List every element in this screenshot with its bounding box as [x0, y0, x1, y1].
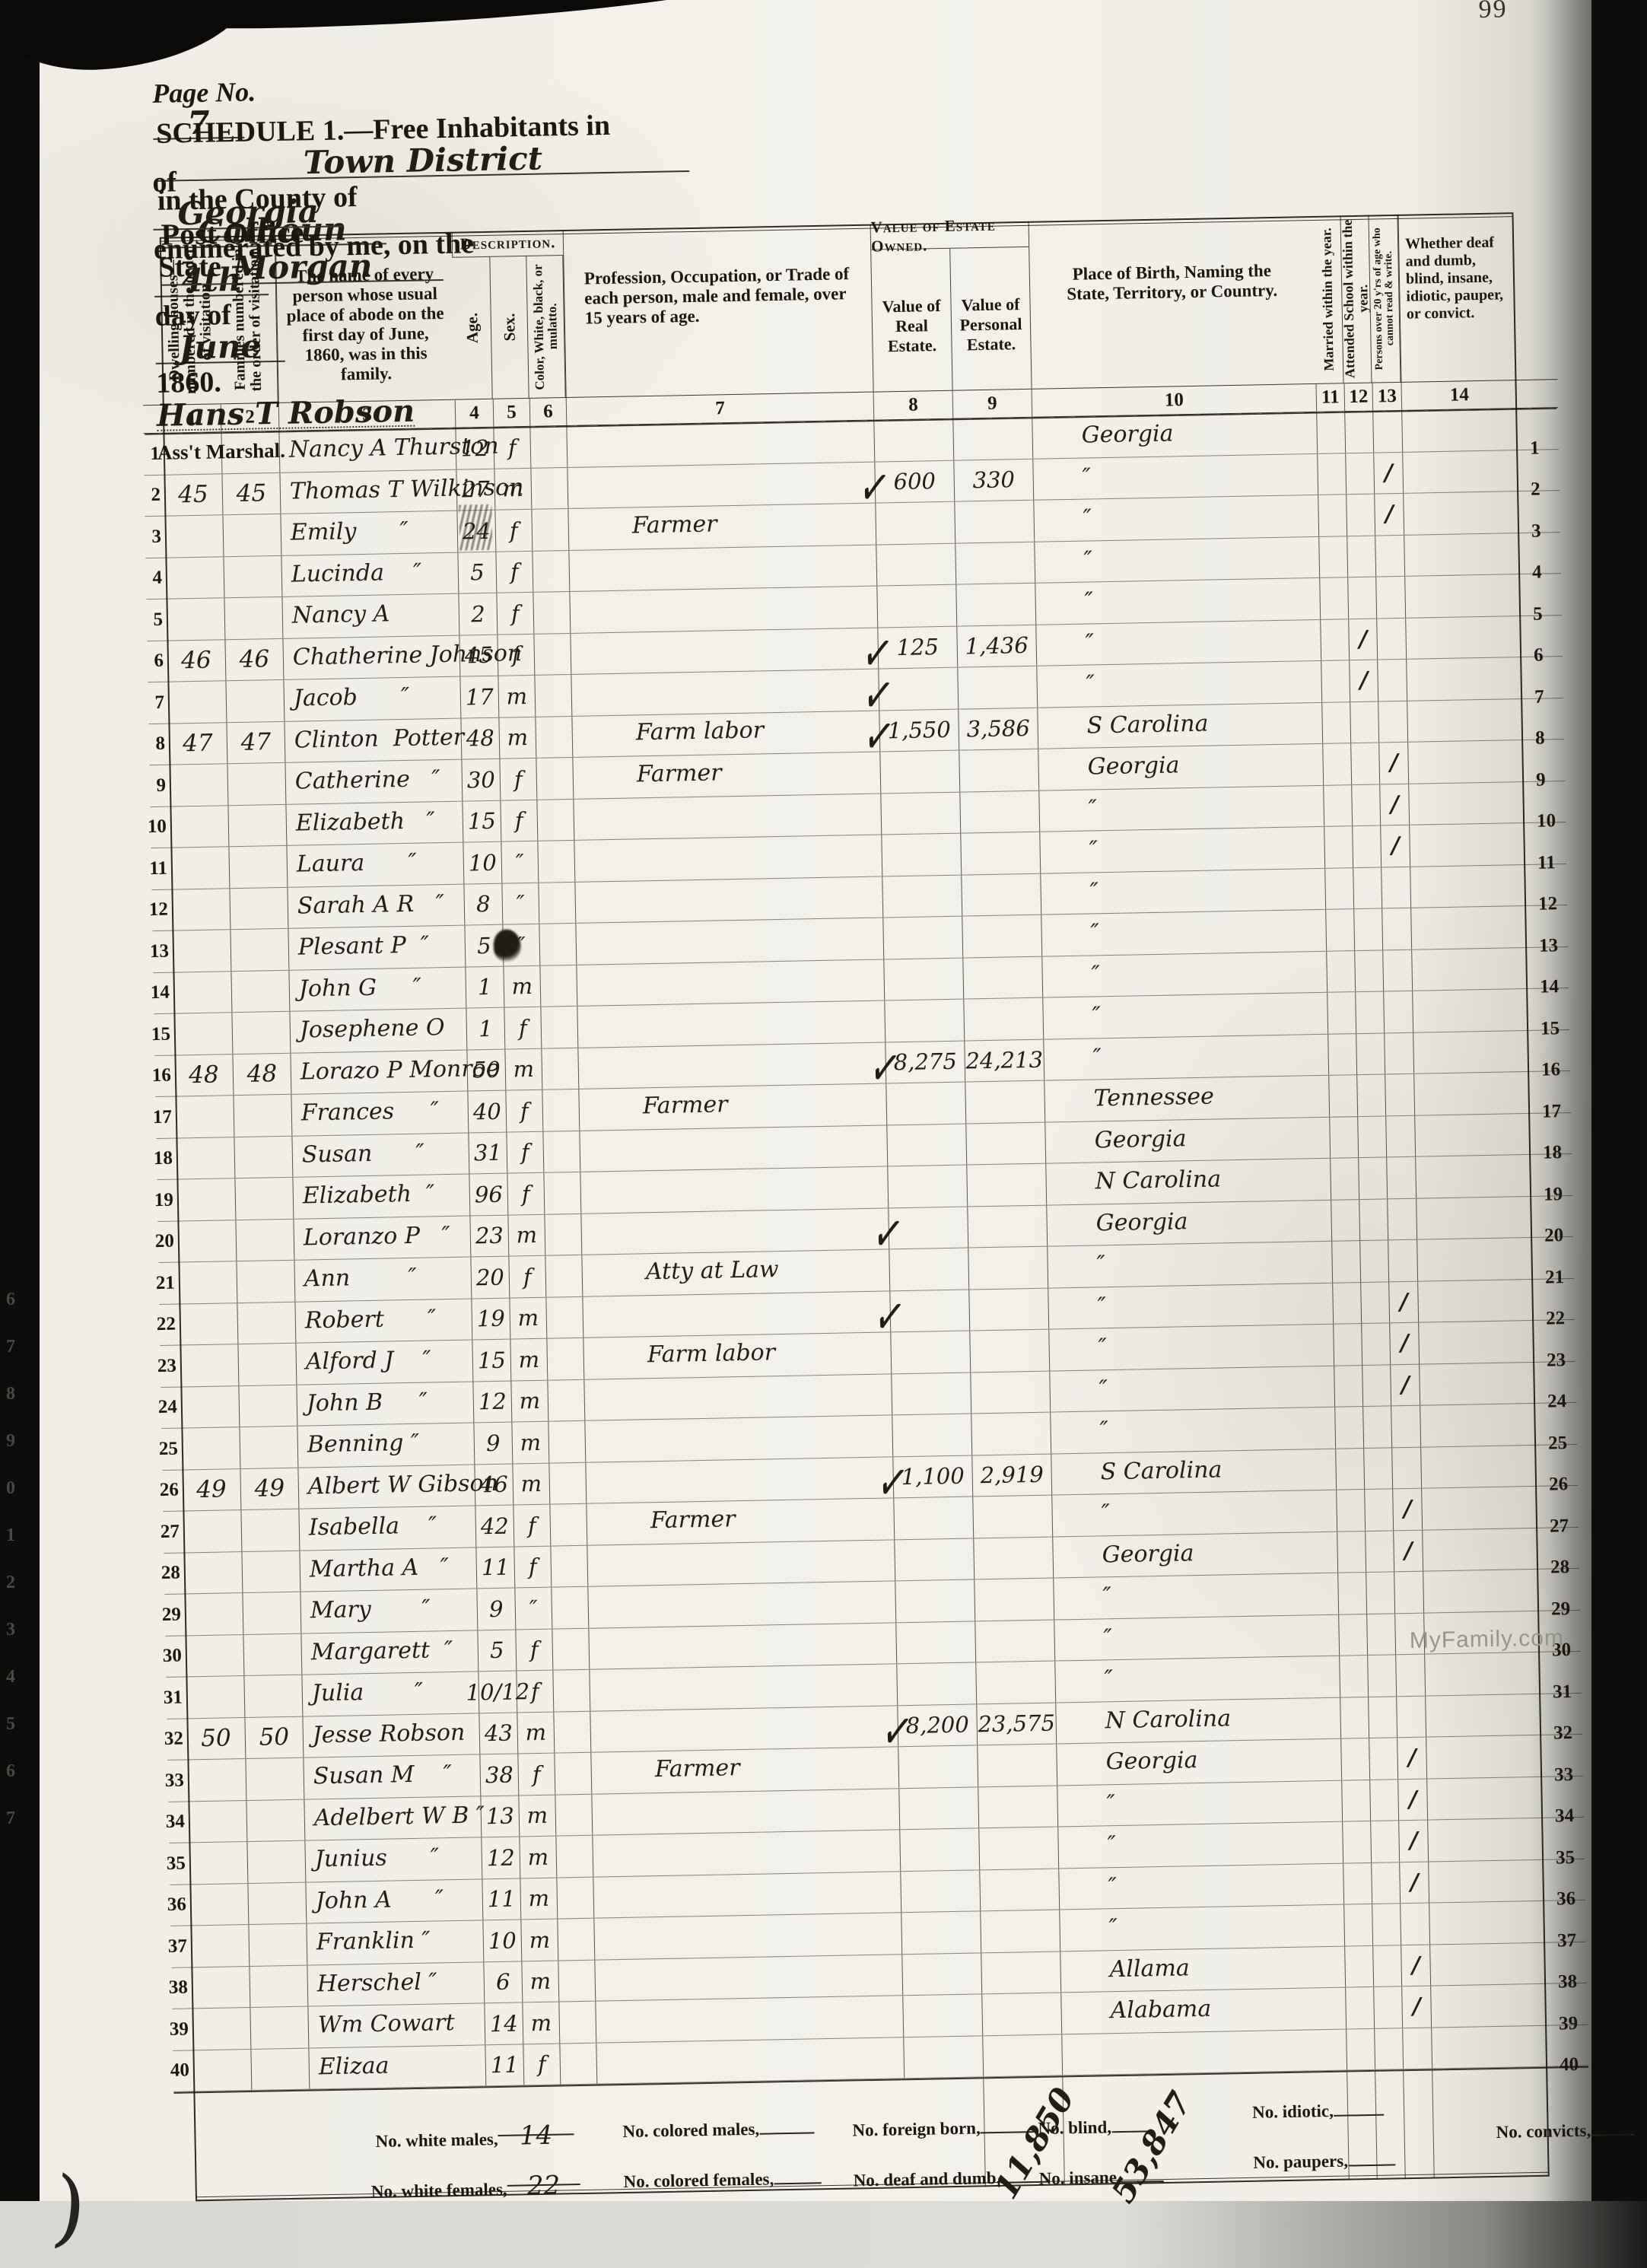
- cell-school-tick: [1365, 1531, 1394, 1572]
- cell-married: [1324, 826, 1353, 867]
- cell-school-tick: [1360, 1282, 1389, 1323]
- cell-color: [543, 1172, 580, 1214]
- row-number-left: 21: [158, 1263, 179, 1304]
- cell-birthplace: Georgia: [1044, 1117, 1330, 1163]
- cell-dwelling: [169, 764, 227, 806]
- cell-color: [539, 924, 576, 965]
- cell-sex: f: [513, 1546, 551, 1587]
- cell-occupation: [589, 1664, 897, 1710]
- cell-dwelling: [167, 681, 226, 723]
- cell-real-estate: [875, 502, 955, 544]
- cell-dwelling: [165, 557, 224, 599]
- row-number-left: 30: [165, 1636, 186, 1677]
- cell-age: 11: [482, 1878, 520, 1920]
- ghost-digit: 7: [6, 1337, 15, 1357]
- cell-remarks: [1429, 1901, 1545, 1944]
- cell-family: [246, 1799, 304, 1841]
- cell-birthplace: ″: [1058, 1863, 1343, 1909]
- group-description: Description.: [452, 230, 564, 258]
- cell-color: [531, 509, 568, 550]
- row-number-left: 23: [160, 1346, 180, 1387]
- cell-real-estate: [889, 1249, 968, 1290]
- cell-occupation: ✓: [570, 628, 878, 674]
- cell-family: [229, 887, 288, 929]
- cell-married: [1334, 1407, 1363, 1448]
- cell-birthplace: ″: [1059, 1905, 1344, 1951]
- cell-married: [1332, 1283, 1361, 1324]
- column-number: 12: [1344, 383, 1373, 412]
- cell-personal-estate: [967, 1205, 1047, 1247]
- row-number-right: 24: [1535, 1381, 1577, 1422]
- cell-real-estate: [886, 1124, 966, 1166]
- cell-birthplace: ″: [1049, 1366, 1334, 1411]
- cell-age: 38: [479, 1754, 518, 1795]
- row-number-right: 32: [1541, 1713, 1583, 1754]
- cell-dwelling: [188, 1801, 246, 1843]
- cell-real-estate: [879, 751, 959, 793]
- cell-sex: f: [495, 551, 533, 592]
- cell-occupation: [579, 1125, 887, 1172]
- cell-name: Isabella ″: [298, 1506, 475, 1550]
- cell-name: Elizabeth ″: [292, 1175, 469, 1219]
- cell-family: 46: [224, 638, 283, 680]
- row-number-left: 27: [163, 1511, 183, 1552]
- row-number-left: 19: [157, 1180, 177, 1221]
- cell-cant-read-tick: [1377, 660, 1407, 701]
- cell-remarks: [1404, 533, 1520, 576]
- cell-cant-read-tick: /: [1373, 452, 1403, 493]
- cell-name: Alford J ″: [295, 1340, 472, 1384]
- cell-real-estate: [891, 1373, 971, 1414]
- cell-sex: m: [510, 1339, 547, 1380]
- cell-birthplace: S Carolina: [1051, 1449, 1336, 1494]
- cell-family: [227, 804, 286, 846]
- cell-family: [231, 1012, 290, 1054]
- cell-dwelling: [192, 2049, 251, 2091]
- column-number: 4: [455, 399, 494, 428]
- row-number-right: 1: [1518, 428, 1560, 469]
- cell-married: [1318, 536, 1347, 577]
- cell-color: [555, 1794, 592, 1835]
- cell-school-tick: [1357, 1116, 1386, 1157]
- cell-dwelling: [185, 1635, 243, 1677]
- row-number-left: 40: [173, 2050, 193, 2091]
- cell-school-tick: [1362, 1406, 1391, 1447]
- cell-color: [542, 1089, 579, 1131]
- cell-dwelling: 50: [186, 1718, 245, 1760]
- cell-cant-read-tick: [1400, 1904, 1429, 1945]
- cell-cant-read-tick: /: [1397, 1738, 1426, 1779]
- cell-personal-estate: [982, 2034, 1062, 2076]
- cell-birthplace: Georgia: [1038, 744, 1323, 790]
- cell-birthplace: S Carolina: [1037, 702, 1322, 748]
- cell-birthplace: ″: [1033, 495, 1318, 541]
- cell-sex: m: [520, 1920, 558, 1961]
- cell-family: [250, 2048, 309, 2090]
- row-number-right: 12: [1526, 884, 1568, 925]
- cell-birthplace: ″: [1053, 1573, 1338, 1619]
- watermark: MyFamily.com: [1410, 1625, 1565, 1654]
- row-number-right: 6: [1521, 635, 1563, 676]
- cell-family: [221, 431, 279, 473]
- cell-remarks: [1431, 2025, 1547, 2068]
- cell-married: [1338, 1614, 1367, 1655]
- cell-sex: m: [498, 676, 535, 717]
- cell-married: [1316, 412, 1345, 453]
- cell-personal-estate: [980, 1910, 1060, 1951]
- cell-occupation: [580, 1166, 888, 1213]
- cell-dwelling: [184, 1593, 243, 1635]
- cell-age: 31: [468, 1132, 507, 1173]
- cell-family: [225, 680, 284, 722]
- cell-occupation: [574, 835, 882, 882]
- col-header-color: Color, White, black, or mulatto.: [526, 256, 565, 398]
- cell-remarks: [1410, 906, 1527, 949]
- cell-sex: f: [516, 1671, 553, 1712]
- cell-school-tick: [1373, 1986, 1402, 2028]
- row-number-right: 29: [1539, 1589, 1581, 1630]
- row-number-right: 9: [1524, 759, 1566, 800]
- cell-color: [550, 1545, 587, 1586]
- cell-sex: m: [510, 1380, 548, 1421]
- col-header-occupation: Profession, Occupation, or Trade of each…: [563, 224, 873, 397]
- cell-family: 45: [221, 472, 280, 514]
- cell-remarks: [1417, 1279, 1534, 1322]
- cell-occupation: Farmer✓: [585, 1457, 893, 1503]
- cell-occupation: [581, 1249, 889, 1296]
- stamped-page-number: 99: [1478, 0, 1508, 24]
- cell-school-tick: [1372, 1904, 1401, 1945]
- cell-cant-read-tick: [1375, 535, 1404, 576]
- cell-dwelling: [163, 432, 221, 474]
- cell-age: 30: [461, 759, 500, 800]
- cell-cant-read-tick: [1381, 867, 1410, 908]
- row-number-right: 8: [1523, 718, 1565, 759]
- cell-dwelling: [191, 1966, 250, 2008]
- cell-name: Susan ″: [291, 1133, 469, 1177]
- cell-cant-read-tick: [1385, 1115, 1415, 1156]
- row-number-left: 26: [162, 1470, 183, 1511]
- cell-color: [551, 1587, 588, 1628]
- cell-married: [1337, 1573, 1366, 1614]
- cell-real-estate: [882, 875, 962, 917]
- cell-cant-read-tick: /: [1389, 1323, 1419, 1364]
- table-header: Description. Value of Estate Owned. Dwel…: [140, 212, 1558, 406]
- cell-personal-estate: [978, 1786, 1057, 1827]
- cell-family: [231, 970, 289, 1012]
- cell-school-tick: [1351, 784, 1380, 825]
- cell-dwelling: [183, 1552, 242, 1594]
- row-number-right: 11: [1525, 842, 1567, 883]
- cell-cant-read-tick: [1382, 950, 1412, 991]
- row-number-right: 39: [1547, 2003, 1588, 2044]
- row-number-right: 37: [1545, 1920, 1587, 1961]
- cell-age: 13: [480, 1796, 519, 1837]
- cell-occupation: [595, 1996, 903, 2042]
- cell-color: [549, 1504, 587, 1545]
- cell-family: 50: [244, 1716, 303, 1758]
- cell-cant-read-tick: /: [1388, 1281, 1418, 1322]
- cell-cant-read-tick: /: [1379, 784, 1409, 825]
- cell-age: 12: [472, 1381, 511, 1422]
- row-number-right: 16: [1529, 1049, 1571, 1090]
- cell-real-estate: [882, 917, 962, 959]
- cell-personal-estate: [977, 1745, 1057, 1786]
- census-table: Description. Value of Estate Owned. Dwel…: [140, 212, 1591, 2202]
- cell-family: 49: [240, 1468, 298, 1509]
- cell-family: [222, 514, 281, 556]
- cell-personal-estate: [966, 1164, 1046, 1206]
- ghost-digit: 6: [6, 1290, 15, 1310]
- row-number-left: 29: [164, 1594, 185, 1635]
- cell-birthplace: ″: [1040, 868, 1325, 914]
- cell-cant-read-tick: /: [1397, 1779, 1427, 1820]
- cell-sex: m: [503, 965, 540, 1007]
- cell-occupation: Farmer✓: [571, 711, 879, 757]
- cell-personal-estate: [972, 1496, 1052, 1538]
- cell-age: 50: [466, 1049, 505, 1090]
- cell-color: [556, 1877, 593, 1918]
- column-number: 9: [952, 390, 1032, 418]
- cell-cant-read-tick: [1372, 411, 1402, 452]
- cell-name: Nancy A: [281, 594, 459, 638]
- cell-family: [237, 1302, 295, 1344]
- cell-occupation: [586, 1498, 894, 1544]
- cell-name: Albert W Gibson: [297, 1465, 475, 1509]
- cell-age: 12: [481, 1837, 520, 1878]
- row-number-right: 20: [1532, 1215, 1574, 1256]
- cell-family: [243, 1633, 301, 1675]
- cell-sex: f: [493, 427, 530, 468]
- cell-real-estate: [876, 585, 956, 627]
- cell-birthplace: ″: [1036, 661, 1321, 707]
- cell-real-estate: [895, 1621, 975, 1663]
- col-header-dwelling: Dwelling-houses— numbered in the order o…: [160, 236, 221, 404]
- column-number: 13: [1372, 383, 1402, 411]
- cell-remarks: [1402, 450, 1518, 493]
- cell-dwelling: [180, 1344, 238, 1386]
- cell-personal-estate: [981, 1993, 1061, 2034]
- cell-name: Mary ″: [300, 1589, 477, 1633]
- cell-married: [1326, 951, 1355, 992]
- cell-name: Robert ″: [294, 1299, 472, 1343]
- cell-age: 10/12: [478, 1671, 517, 1712]
- cell-color: [554, 1753, 591, 1794]
- cell-married: [1331, 1200, 1359, 1241]
- cell-age: 96: [469, 1174, 507, 1215]
- cell-sex: f: [496, 593, 533, 634]
- ghost-digit: 1: [6, 1525, 15, 1546]
- cell-personal-estate: 3,586: [958, 708, 1038, 749]
- cell-married: [1345, 1987, 1374, 2028]
- cell-name: Nancy A Thurston: [278, 428, 456, 472]
- row-number-left: 6: [147, 641, 167, 682]
- cell-family: 48: [232, 1053, 291, 1095]
- cell-age: 43: [479, 1713, 517, 1754]
- column-number: 7: [566, 393, 874, 425]
- cell-name: Adelbert W B ″: [304, 1796, 481, 1840]
- cell-remarks: [1404, 574, 1521, 617]
- cell-name: Lucinda ″: [281, 552, 458, 596]
- cell-family: [240, 1509, 299, 1551]
- cell-age: 11: [485, 2044, 523, 2085]
- ghost-digit: 8: [6, 1384, 15, 1404]
- cell-personal-estate: 330: [953, 459, 1033, 501]
- col-header-birthplace: Place of Birth, Naming the State, Territ…: [1029, 216, 1316, 389]
- cell-personal-estate: [955, 584, 1035, 625]
- cell-remarks: [1426, 1735, 1542, 1778]
- cell-sex: m: [509, 1297, 546, 1338]
- row-number-left: 8: [148, 724, 169, 765]
- cell-personal-estate: [961, 873, 1041, 915]
- row-number-right: 34: [1543, 1796, 1585, 1837]
- col-header-family: Families numbered in the order of visita…: [218, 235, 278, 403]
- cell-married: [1340, 1738, 1369, 1780]
- cell-remarks: [1408, 782, 1525, 825]
- cell-personal-estate: [965, 1122, 1045, 1164]
- cell-cant-read-tick: /: [1401, 1945, 1430, 1986]
- cell-real-estate: [898, 1787, 978, 1829]
- cell-cant-read-tick: /: [1401, 1986, 1431, 2028]
- cell-real-estate: 8,200: [897, 1704, 977, 1746]
- footer-convicts: No. convicts,: [1443, 2101, 1634, 2164]
- cell-family: [230, 929, 288, 971]
- cell-color: [542, 1131, 580, 1172]
- cell-age: 10: [463, 842, 501, 883]
- cell-cant-read-tick: /: [1398, 1821, 1428, 1862]
- row-number-right: 19: [1531, 1174, 1573, 1215]
- cell-cant-read-tick: [1391, 1447, 1421, 1488]
- cell-personal-estate: [959, 790, 1039, 832]
- cell-color: [533, 633, 571, 674]
- cell-family: [245, 1758, 304, 1800]
- cell-birthplace: Georgia: [1052, 1532, 1337, 1577]
- row-number-left: 9: [149, 765, 170, 806]
- footer-colored-females: No. colored females,: [571, 2149, 822, 2212]
- cell-color: [552, 1670, 590, 1711]
- cell-real-estate: [888, 1207, 968, 1249]
- cell-occupation: Farm labor✓: [571, 670, 879, 716]
- footer-white-females: No. white females,22: [318, 2150, 580, 2222]
- cell-cant-read-tick: [1391, 1406, 1420, 1447]
- cell-school-tick: [1350, 743, 1379, 784]
- cell-personal-estate: [973, 1537, 1053, 1579]
- row-number-left: 28: [164, 1553, 184, 1594]
- cell-real-estate: [892, 1414, 971, 1455]
- cell-name: Elizaa: [308, 2045, 485, 2089]
- cell-occupation: [572, 752, 880, 799]
- cell-real-estate: [894, 1538, 974, 1580]
- cell-school-tick: [1356, 1074, 1385, 1115]
- cell-color: [535, 716, 572, 757]
- row-number-left: 18: [156, 1138, 176, 1179]
- cell-remarks: [1421, 1487, 1537, 1529]
- row-number-right: 25: [1536, 1423, 1578, 1464]
- cell-occupation: [566, 421, 874, 467]
- cell-name: Chatherine Johnson: [282, 635, 459, 679]
- cell-family: [238, 1385, 297, 1427]
- cell-married: [1317, 453, 1346, 495]
- cell-remarks: [1427, 1818, 1544, 1861]
- cell-sex: ″: [502, 924, 539, 965]
- cell-name: Loranzo P ″: [293, 1216, 470, 1260]
- cell-dwelling: [177, 1220, 236, 1262]
- cell-sex: m: [498, 717, 536, 758]
- col-header-cant-read: Persons over 20 y'rs of age who cannot r…: [1369, 215, 1401, 383]
- cell-age: 5: [477, 1630, 516, 1671]
- cell-cant-read-tick: [1395, 1655, 1425, 1696]
- cell-personal-estate: [975, 1620, 1054, 1662]
- cell-birthplace: ″: [1042, 993, 1327, 1039]
- cell-married: [1324, 868, 1353, 909]
- cell-real-estate: [878, 668, 958, 710]
- cell-school-tick: [1350, 701, 1378, 743]
- cell-personal-estate: [969, 1330, 1049, 1372]
- cell-school-tick: [1344, 412, 1373, 453]
- cell-sex: m: [520, 1878, 557, 1919]
- cell-name: Jacob ″: [283, 677, 460, 721]
- cell-color: [541, 1048, 578, 1089]
- cell-married: [1346, 2028, 1375, 2069]
- column-number: 1: [163, 404, 221, 432]
- cell-cant-read-tick: [1386, 1157, 1416, 1198]
- cell-sex: m: [512, 1463, 549, 1504]
- column-number: 6: [529, 398, 567, 426]
- cell-family: [223, 555, 281, 597]
- row-number-right: 5: [1521, 593, 1563, 635]
- cell-married: [1330, 1158, 1359, 1199]
- column-number: 11: [1316, 383, 1345, 412]
- cell-married: [1340, 1697, 1369, 1738]
- cell-remarks: [1413, 1072, 1530, 1115]
- cell-age: 20: [470, 1257, 509, 1298]
- col-header-personal-estate: Value of Personal Estate.: [949, 247, 1031, 390]
- cell-cant-read-tick: [1378, 701, 1407, 742]
- cell-remarks: [1407, 740, 1524, 783]
- cell-personal-estate: [970, 1371, 1050, 1413]
- cell-married: [1318, 495, 1347, 536]
- row-number-right: 28: [1538, 1547, 1580, 1588]
- cell-occupation: [593, 1872, 901, 1918]
- cell-dwelling: [170, 847, 229, 889]
- column-number: 10: [1032, 384, 1317, 417]
- cell-remarks: [1418, 1321, 1534, 1363]
- cell-dwelling: 46: [167, 640, 225, 682]
- row-number-left: 1: [143, 434, 164, 475]
- ghost-digit: 9: [6, 1431, 15, 1452]
- cell-cant-read-tick: [1394, 1572, 1423, 1613]
- cell-dwelling: 49: [182, 1469, 240, 1511]
- cell-remarks: [1406, 657, 1522, 700]
- cell-dwelling: [164, 515, 223, 557]
- cell-occupation: [596, 2037, 904, 2084]
- cell-occupation: [569, 587, 877, 633]
- cell-dwelling: [186, 1676, 244, 1718]
- cell-remarks: [1420, 1445, 1537, 1487]
- cell-name: Lorazo P Monroe: [290, 1050, 467, 1094]
- col-header-school: Attended School within the year.: [1340, 215, 1372, 383]
- cell-birthplace: ″: [1043, 1034, 1328, 1080]
- cell-age: 2: [458, 593, 497, 635]
- cell-birthplace: [1061, 2029, 1347, 2075]
- cell-school-tick: [1371, 1862, 1400, 1904]
- cell-sex: m: [494, 468, 531, 509]
- cell-cant-read-tick: /: [1392, 1489, 1422, 1530]
- cell-family: [236, 1261, 294, 1303]
- cell-real-estate: [896, 1662, 976, 1704]
- row-number-left: 17: [155, 1097, 176, 1138]
- row-number-left: 15: [154, 1014, 174, 1055]
